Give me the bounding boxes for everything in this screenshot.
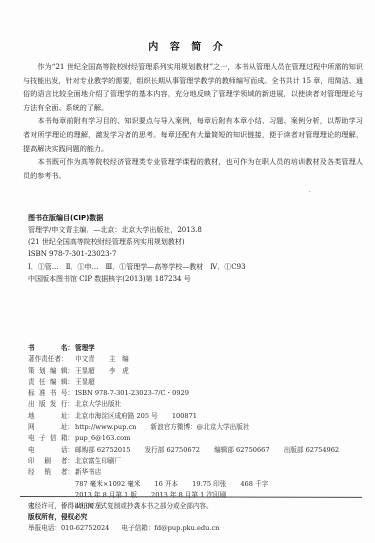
- colophon-row-phone: 电 话： 邮购部 62752015 发行部 62750672 编辑部 62750…: [28, 445, 368, 456]
- summary-paragraph-3: 本书既可作为高等院校经济管理类专业管理学课程的教材，也可作为在职人员的培训教材及…: [23, 155, 363, 182]
- email-value: pup_6@163.com: [74, 433, 130, 444]
- phone-value: 邮购部 62752015 发行部 62750672 编辑部 62750667 出…: [74, 445, 351, 456]
- colophon-label: 策 划 编 辑：: [28, 366, 74, 377]
- distributor-value: 新华书店: [74, 467, 101, 478]
- page-title: 内 容 简 介: [0, 38, 375, 53]
- author-value: 申文青 主 编: [74, 354, 141, 365]
- planning-editor-value: 王显超 李 虎: [74, 366, 141, 377]
- colophon-row-isbn: 标 准 书 号： ISBN 978-7-301-23023-7/C・0929: [28, 388, 368, 399]
- cip-heading: 图书在版编目(CIP)数据: [28, 213, 103, 223]
- cip-data-block: 管理学/申文青主编．—北京：北京大学出版社，2013.8 (21 世纪全国高等院…: [28, 224, 328, 285]
- colophon-row-email: 电 子 信 箱： pup_6@163.com: [28, 433, 368, 444]
- website-link: http://www.pup.cn: [75, 423, 136, 431]
- colophon-label: 著作责任者：: [28, 354, 74, 365]
- colophon-row-publisher: 出 版 发 行： 北京大学出版社: [28, 399, 368, 410]
- colophon: 书 名： 管理学 著作责任者： 申文青 主 编 策 划 编 辑： 王显超: [28, 343, 368, 512]
- book-copyright-page: 内 容 简 介 作为“21 世纪全国高等院校财经管理系列实用规划教材”之一，本书…: [0, 0, 375, 543]
- colophon-label: 网 址：: [28, 422, 74, 433]
- publisher-value: 北京大学出版社: [74, 399, 121, 410]
- colophon-row-author: 著作责任者： 申文青 主 编: [28, 354, 368, 365]
- weibo-handle: 新浪官方微博：@北京大学出版社: [151, 423, 250, 431]
- address-value: 北京市海淀区成府路 205 号 100871: [74, 411, 209, 422]
- colophon-label: 电 话：: [28, 445, 74, 456]
- cip-line-series: (21 世纪全国高等院校财经管理系列实用规划教材): [28, 236, 328, 248]
- report-contact: 举报电话：010-62752024 电子信箱：fd@pup.pku.edu.cn: [28, 523, 358, 534]
- rights-reserved: 版权所有，侵权必究: [28, 512, 358, 523]
- report-email-label: 电子信箱：: [121, 524, 154, 532]
- sheets: 19.75 印张: [192, 479, 226, 490]
- colophon-row-distributor: 经 销 者： 新华书店: [28, 467, 368, 478]
- isbn-value: ISBN 978-7-301-23023-7/C・0929: [74, 388, 189, 399]
- colophon-label: 标 准 书 号：: [28, 388, 74, 399]
- paper-size: 787 毫米×1092 毫米: [75, 479, 140, 490]
- word-count: 468 千字: [240, 479, 268, 490]
- scan-speck: [309, 191, 310, 192]
- printer-value: 北京富生印刷厂: [74, 456, 121, 467]
- content-summary: 作为“21 世纪全国高等院校财经管理系列实用规划教材”之一，本书从管理人员在管理…: [23, 60, 363, 182]
- colophon-label: 责 任 编 辑：: [28, 377, 74, 388]
- colophon-label: 出 版 发 行：: [28, 399, 74, 410]
- report-phone-label: 举报电话：: [28, 524, 61, 532]
- colophon-row-website: 网 址： http://www.pup.cn 新浪官方微博：@北京大学出版社: [28, 422, 368, 433]
- colophon-row-specs: 787 毫米×1092 毫米 16 开本 19.75 印张 468 千字: [28, 479, 368, 490]
- colophon-row-printer: 印 刷 者： 北京富生印刷厂: [28, 456, 368, 467]
- colophon-row-address: 地 址： 北京市海淀区成府路 205 号 100871: [28, 411, 368, 422]
- cip-line-author: 管理学/申文青主编．—北京：北京大学出版社，2013.8: [28, 224, 328, 236]
- summary-paragraph-1: 作为“21 世纪全国高等院校财经管理系列实用规划教材”之一，本书从管理人员在管理…: [23, 60, 363, 114]
- colophon-row-responsible-editor: 责 任 编 辑： 王显超: [28, 377, 368, 388]
- colophon-row-book-title: 书 名： 管理学: [28, 343, 368, 354]
- book-title-value: 管理学: [74, 343, 95, 354]
- report-phone: 010-62752024: [61, 524, 109, 532]
- colophon-label: 地 址：: [28, 411, 74, 422]
- colophon-label: 经 销 者：: [28, 467, 74, 478]
- copyright-footer: 未经许可，不得以任何方式复制或抄袭本书之部分或全部内容。 版权所有，侵权必究 举…: [28, 501, 358, 535]
- reproduction-notice: 未经许可，不得以任何方式复制或抄袭本书之部分或全部内容。: [28, 501, 358, 512]
- colophon-row-planning-editor: 策 划 编 辑： 王显超 李 虎: [28, 366, 368, 377]
- responsible-editor-value: 王显超: [74, 377, 95, 388]
- cip-line-record-number: 中国版本图书馆 CIP 数据核字(2013)第 187234 号: [28, 273, 328, 285]
- report-email: fd@pup.pku.edu.cn: [154, 524, 219, 532]
- colophon-label: 书 名：: [28, 343, 74, 354]
- format: 16 开本: [154, 479, 178, 490]
- website-value: http://www.pup.cn 新浪官方微博：@北京大学出版社: [74, 422, 261, 433]
- colophon-label: 印 刷 者：: [28, 456, 74, 467]
- cip-line-classification: Ⅰ．①管… Ⅱ．①申… Ⅲ．①管理学—高等学校—教材 Ⅳ．①C93: [28, 261, 328, 273]
- summary-paragraph-2: 本书每章前附有学习目的、知识要点与导入案例，每章后附有本章小结、习题、案例分析，…: [23, 114, 363, 155]
- cip-line-isbn: ISBN 978-7-301-23023-7: [28, 248, 328, 260]
- colophon-label: 电 子 信 箱：: [28, 433, 74, 444]
